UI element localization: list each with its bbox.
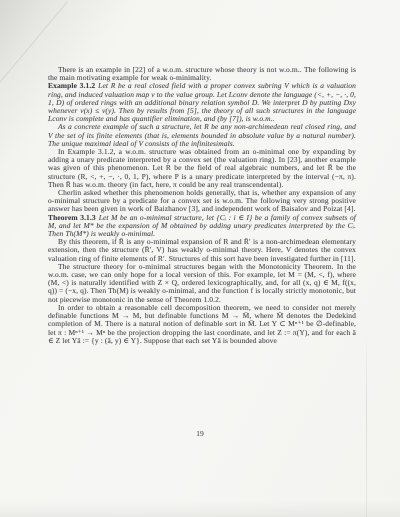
paragraph-in-order: In order to obtain a reasonable cell dec… [48, 304, 356, 345]
example-3-1-2-block: Example 3.1.2Let R be a real closed fiel… [48, 82, 356, 123]
scan-bottom-shadow [0, 501, 400, 517]
example-3-1-2-paragraph-2: As a concrete example of such a structur… [48, 123, 356, 148]
paragraph-cherlin: Cherlin asked whether this phenomenon ho… [48, 189, 356, 214]
paragraph-in-example: In Example 3.1.2, a w.o.m. structure was… [48, 148, 356, 189]
paragraph-by-this-theorem: By this theorem, if R̄ is any o-minimal … [48, 238, 356, 263]
paragraph-structure-theory: The structure theory for o-minimal struc… [48, 263, 356, 304]
page-edge-shadow [366, 330, 367, 517]
page-number: 19 [0, 429, 400, 438]
scanned-paper-page: There is an example in [22] of a w.o.m. … [0, 0, 400, 517]
paragraph-intro: There is an example in [22] of a w.o.m. … [48, 66, 356, 82]
page-text-block: There is an example in [22] of a w.o.m. … [48, 66, 356, 345]
theorem-3-1-3-block: Theorem 3.1.3Let M be an o-minimal struc… [48, 214, 356, 239]
